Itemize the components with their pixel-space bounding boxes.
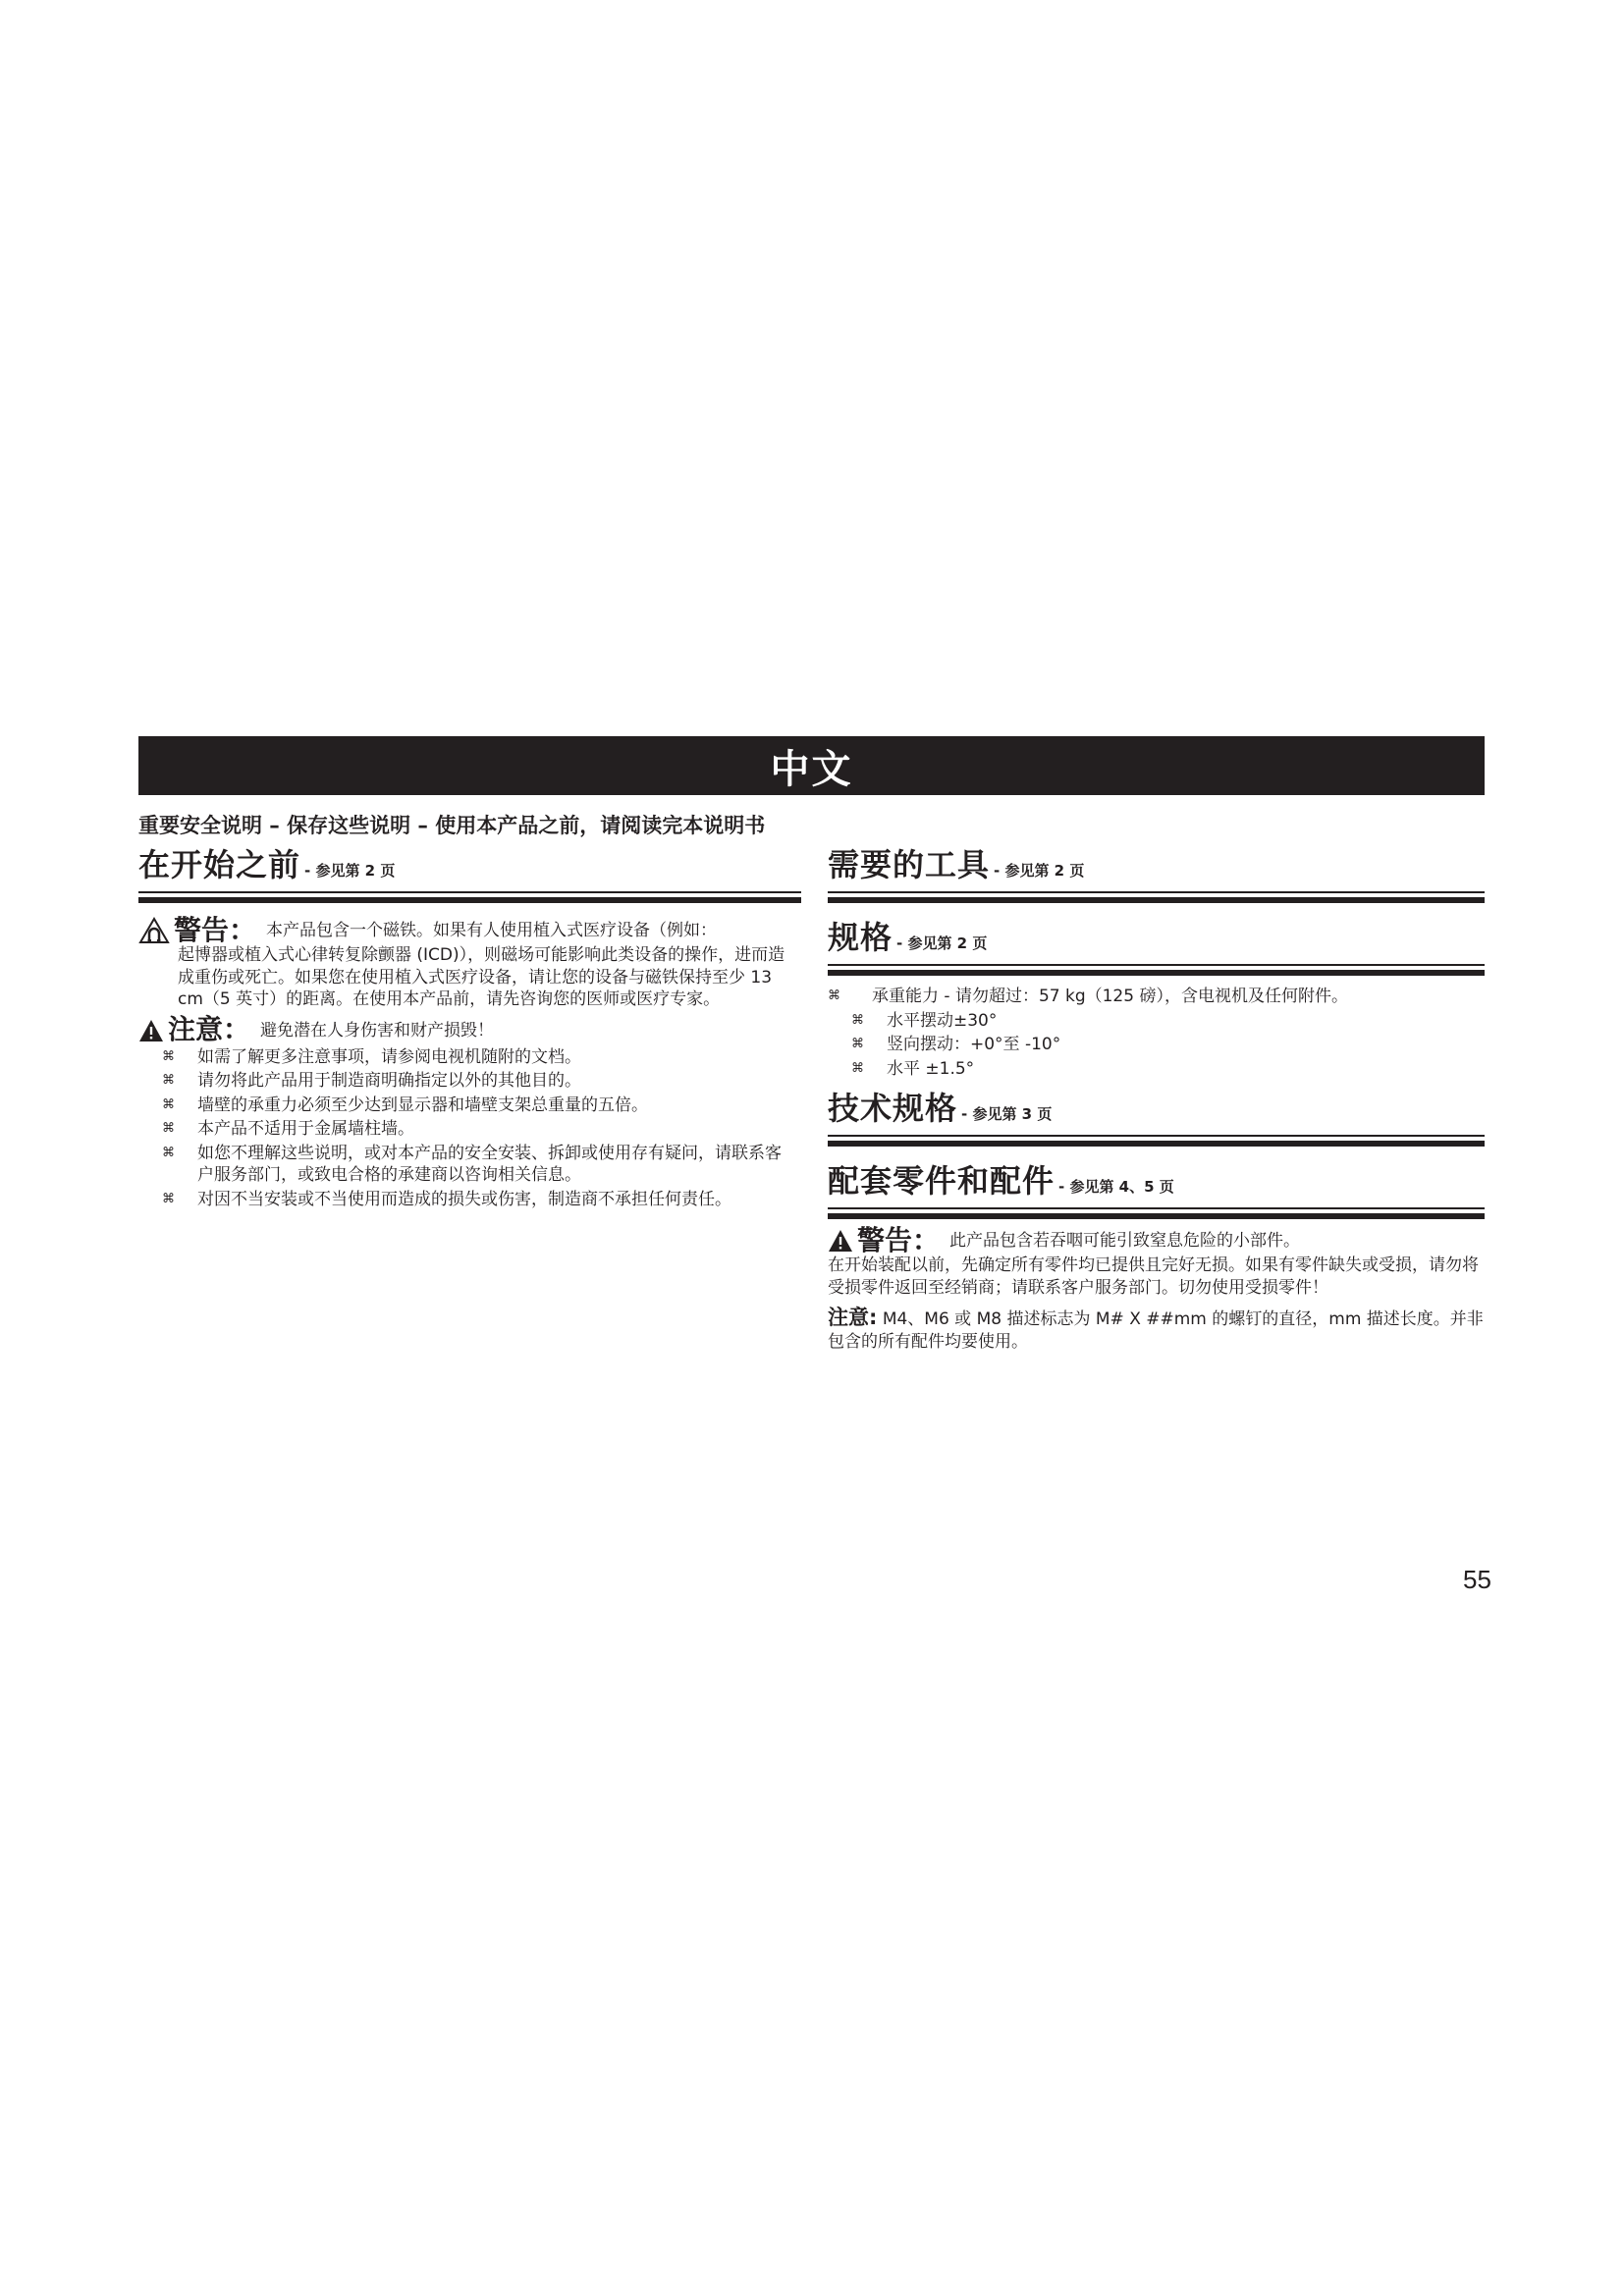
list-item: ⌘水平 ±1.5° (828, 1058, 1485, 1081)
bullet-icon: ⌘ (828, 986, 840, 1008)
page-reference: - 参见第 2 页 (304, 860, 395, 881)
language-title: 中文 (771, 738, 853, 794)
bullet-icon: ⌘ (851, 1058, 864, 1081)
warning-text-line1: 本产品包含一个磁铁。如果有人使用植入式医疗设备（例如： (266, 921, 717, 940)
section-divider (138, 891, 801, 903)
left-column: 在开始之前 - 参见第 2 页 警告： 本产品包含一个磁铁。如果有人使用植入式医… (138, 840, 801, 1212)
list-item: ⌘水平摆动±30° (828, 1010, 1485, 1033)
section-divider (828, 1135, 1485, 1147)
section-parts-heading: 配套零件和配件 - 参见第 4、5 页 (828, 1156, 1485, 1201)
safety-bullet-list: ⌘如需了解更多注意事项，请参阅电视机随附的文档。 ⌘请勿将此产品用于制造商明确指… (138, 1046, 786, 1211)
section-divider (828, 964, 1485, 976)
section-title: 技术规格 (828, 1084, 957, 1129)
warning-label: 警告： (174, 920, 256, 942)
section-title: 在开始之前 (138, 840, 300, 885)
warning-text: 此产品包含若吞咽可能引致窒息危险的小部件。 (949, 1231, 1300, 1251)
small-parts-warning: 警告： 此产品包含若吞咽可能引致窒息危险的小部件。 (828, 1229, 1485, 1253)
right-column: 需要的工具 - 参见第 2 页 规格 - 参见第 2 页 ⌘承重能力 - 请勿超… (828, 840, 1485, 1353)
hardware-note: 注意: M4、M6 或 M8 描述标志为 M# X ##mm 的螺钉的直径，mm… (828, 1307, 1485, 1353)
list-item: ⌘如您不理解这些说明，或对本产品的安全安装、拆卸或使用存有疑问，请联系客户服务部… (138, 1143, 786, 1187)
bullet-icon: ⌘ (162, 1095, 175, 1117)
bullet-icon: ⌘ (162, 1118, 175, 1141)
section-tech-specs-heading: 技术规格 - 参见第 3 页 (828, 1084, 1485, 1129)
parts-check-paragraph: 在开始装配以前，先确定所有零件均已提供且完好无损。如果有零件缺失或受损，请勿将受… (828, 1255, 1485, 1299)
caution-notice: 注意： 避免潜在人身伤害和财产损毁！ (138, 1019, 801, 1042)
page-reference: - 参见第 2 页 (994, 860, 1084, 881)
note-text: M4、M6 或 M8 描述标志为 M# X ##mm 的螺钉的直径，mm 描述长… (828, 1309, 1484, 1352)
warning-text-body: 起博器或植入式心律转复除颤器 (ICD)），则磁场可能影响此类设备的操作，进而造… (138, 944, 801, 1011)
bullet-icon: ⌘ (851, 1034, 864, 1056)
section-title: 配套零件和配件 (828, 1156, 1055, 1201)
bullet-icon: ⌘ (162, 1189, 175, 1211)
caution-text: 避免潜在人身伤害和财产损毁！ (260, 1021, 494, 1041)
bullet-icon: ⌘ (162, 1143, 175, 1165)
list-item: ⌘对因不当安装或不当使用而造成的损失或伤害，制造商不承担任何责任。 (138, 1189, 786, 1211)
magnet-warning-icon (138, 917, 170, 944)
bullet-icon: ⌘ (851, 1010, 864, 1033)
section-tools-heading: 需要的工具 - 参见第 2 页 (828, 840, 1485, 885)
safety-instructions-banner: 重要安全说明 – 保存这些说明 – 使用本产品之前，请阅读完本说明书 (138, 810, 765, 839)
language-header-bar: 中文 (138, 736, 1485, 795)
bullet-icon: ⌘ (162, 1046, 175, 1069)
section-specs-heading: 规格 - 参见第 2 页 (828, 913, 1485, 958)
page-reference: - 参见第 2 页 (896, 933, 987, 953)
section-divider (828, 891, 1485, 903)
section-title: 需要的工具 (828, 840, 990, 885)
bullet-icon: ⌘ (162, 1070, 175, 1093)
page-reference: - 参见第 3 页 (961, 1103, 1052, 1124)
list-item: ⌘请勿将此产品用于制造商明确指定以外的其他目的。 (138, 1070, 786, 1093)
list-item: ⌘墙壁的承重力必须至少达到显示器和墙壁支架总重量的五倍。 (138, 1095, 786, 1117)
page-reference: - 参见第 4、5 页 (1058, 1176, 1174, 1197)
warning-label: 警告： (857, 1230, 940, 1253)
list-item: ⌘如需了解更多注意事项，请参阅电视机随附的文档。 (138, 1046, 786, 1069)
warning-triangle-icon (828, 1229, 853, 1253)
magnet-warning: 警告： 本产品包含一个磁铁。如果有人使用植入式医疗设备（例如： 起博器或植入式心… (138, 917, 801, 1011)
section-title: 规格 (828, 913, 893, 958)
section-before-you-start-heading: 在开始之前 - 参见第 2 页 (138, 840, 801, 885)
page-number: 55 (1463, 1565, 1491, 1595)
caution-label: 注意： (168, 1019, 250, 1041)
warning-triangle-icon (138, 1019, 164, 1042)
list-item: ⌘本产品不适用于金属墙柱墙。 (138, 1118, 786, 1141)
section-divider (828, 1207, 1485, 1219)
specs-list: ⌘承重能力 - 请勿超过：57 kg（125 磅），含电视机及任何附件。 ⌘水平… (828, 986, 1485, 1080)
list-item: ⌘竖向摆动：+0°至 -10° (828, 1034, 1485, 1056)
list-item: ⌘承重能力 - 请勿超过：57 kg（125 磅），含电视机及任何附件。 (828, 986, 1485, 1008)
note-label: 注意: (828, 1306, 877, 1329)
